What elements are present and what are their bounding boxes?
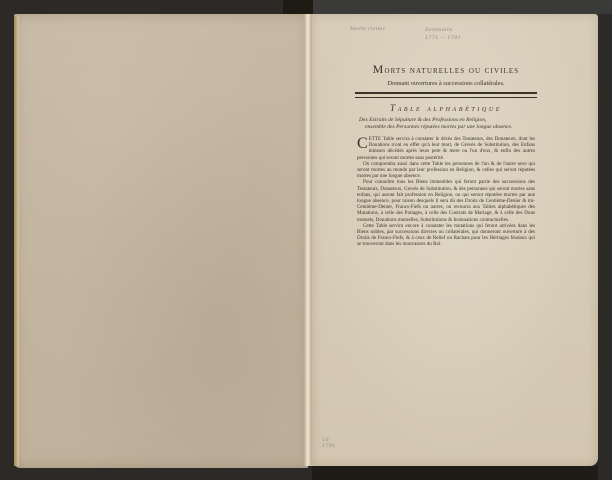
title-rest: orts naturelles ou civiles	[384, 65, 519, 76]
drop-cap: C	[357, 137, 368, 150]
paragraph-3: Pour connoître tous les Biens immeubles …	[357, 179, 535, 222]
section-title: Table alphabétique	[357, 103, 535, 113]
section-description-line-1: Des Extraits de Sépulture & des Professi…	[359, 117, 486, 123]
section-description: Des Extraits de Sépulture & des Professi…	[359, 117, 535, 131]
gutter-shadow	[283, 0, 313, 14]
pencil-note-top-left: Morts civiles	[350, 26, 385, 32]
section-description-line-2: ensemble des Personnes réputées mortes p…	[359, 124, 535, 131]
title-initial: M	[373, 62, 385, 76]
pencil-note-top-right-2: 1771 — 1791	[425, 35, 461, 41]
pencil-note-top-right-1: Sommaire	[425, 27, 452, 33]
printed-text-block: Morts naturelles ou civiles Donnant ouve…	[357, 62, 535, 248]
double-rule-divider	[355, 92, 537, 98]
paragraph-4: Cette Table servira encore à constater l…	[357, 223, 535, 248]
backdrop-top	[300, 0, 612, 14]
left-page-cover	[14, 14, 308, 468]
page-bottom-shadow	[312, 466, 598, 480]
paragraph-2: On comprendra aussi dans cette Table les…	[357, 161, 535, 180]
page-title: Morts naturelles ou civiles	[357, 62, 535, 77]
paragraph-1: CETTE Table servira à constater le décès…	[357, 136, 535, 161]
left-page-edge	[14, 16, 19, 466]
page-subtitle: Donnant ouvertures à successions collaté…	[357, 80, 535, 87]
book-gutter	[304, 14, 312, 466]
paragraph-1-text: ETTE Table servira à constater le décès …	[357, 136, 535, 161]
pencil-note-bottom: 10 1791	[322, 437, 338, 449]
